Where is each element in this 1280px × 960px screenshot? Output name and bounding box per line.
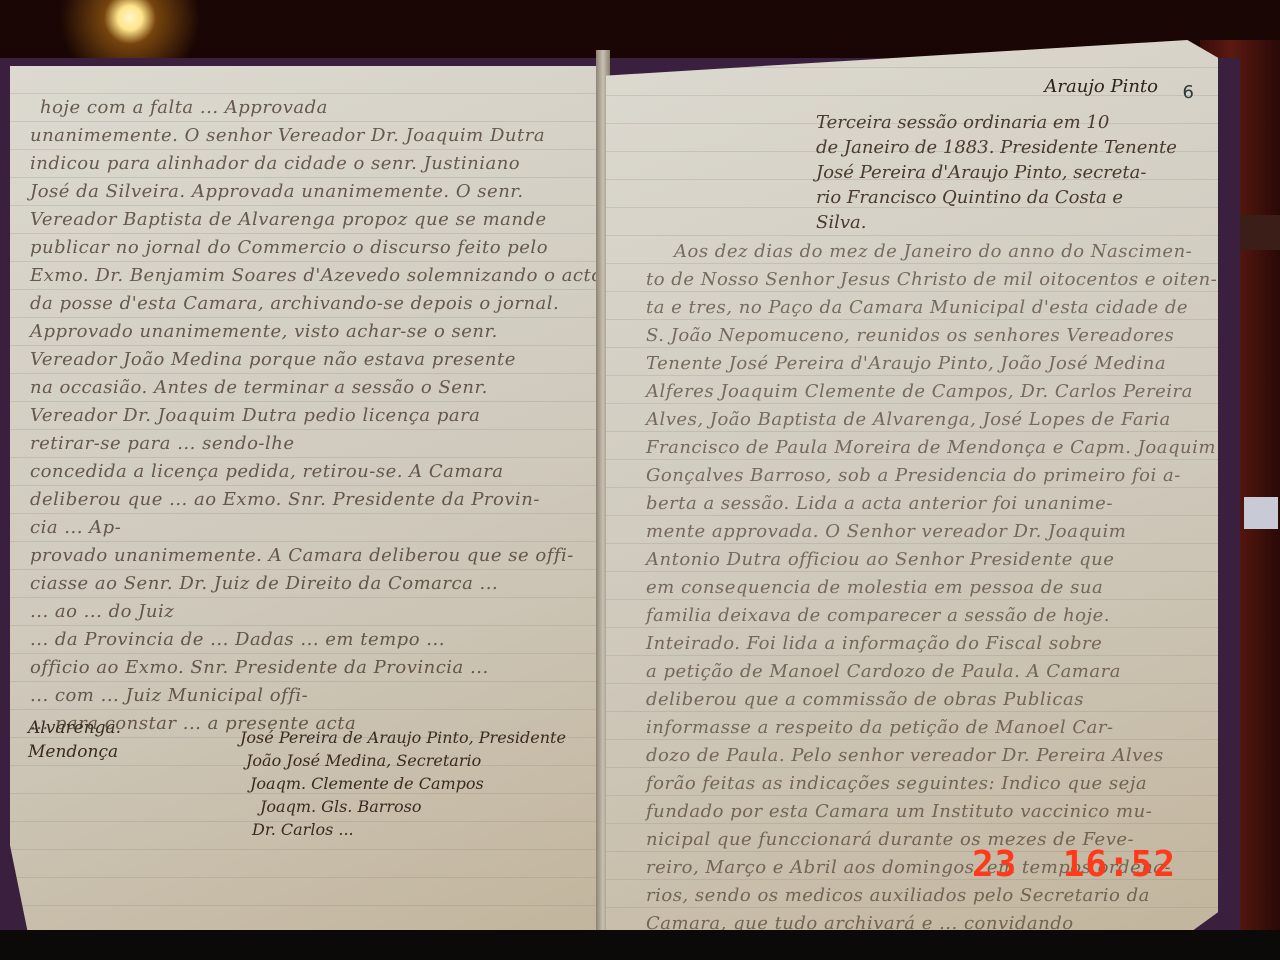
handwritten-line: dozo de Paula. Pelo senhor vereador Dr. … — [646, 742, 1217, 770]
handwritten-line: cia ... Ap- — [30, 514, 600, 542]
signature: Joaqm. Clemente de Campos — [240, 772, 566, 795]
page-number: 6 — [1183, 82, 1194, 103]
handwritten-line: informasse a respeito da petição de Mano… — [646, 714, 1217, 742]
handwritten-line: Francisco de Paula Moreira de Mendonça e… — [646, 434, 1217, 462]
handwritten-line: Inteirado. Foi lida a informação do Fisc… — [646, 630, 1217, 658]
handwritten-line: Vereador Baptista de Alvarenga propoz qu… — [30, 206, 600, 234]
left-signatures: Alvarenga. Mendonça — [28, 716, 121, 764]
handwritten-line: Camara, que tudo archivará e ... convida… — [646, 910, 1217, 930]
signature: Dr. Carlos ... — [240, 818, 566, 841]
table-edge — [0, 930, 1280, 960]
book-strap — [1240, 215, 1280, 250]
left-page: hoje com a falta ... Approvada unanimeme… — [10, 66, 600, 932]
handwritten-line: berta a sessão. Lida a acta anterior foi… — [646, 490, 1217, 518]
right-page-text: Aos dez dias do mez de Janeiro do anno d… — [646, 238, 1217, 930]
handwritten-line: ... com ... Juiz Municipal offi- — [30, 682, 600, 710]
handwritten-line: ... da Provincia de ... Dadas ... em tem… — [30, 626, 600, 654]
page-header-name: Araujo Pinto — [1044, 76, 1158, 97]
handwritten-line: ta e tres, no Paço da Camara Municipal d… — [646, 294, 1217, 322]
handwritten-line: provado unanimemente. A Camara deliberou… — [30, 542, 600, 570]
handwritten-line: hoje com a falta ... Approvada — [30, 94, 600, 122]
handwritten-line: José da Silveira. Approvada unanimemente… — [30, 178, 600, 206]
signature: Mendonça — [28, 740, 121, 764]
session-heading: Terceira sessão ordinaria em 10 de Janei… — [816, 110, 1177, 235]
right-signatures: José Pereira de Araujo Pinto, Presidente… — [240, 726, 566, 841]
signature: João José Medina, Secretario — [240, 749, 566, 772]
handwritten-line: forão feitas as indicações seguintes: In… — [646, 770, 1217, 798]
handwritten-line: Vereador João Medina porque não estava p… — [30, 346, 600, 374]
handwritten-line: deliberou que a commissão de obras Publi… — [646, 686, 1217, 714]
right-page: Araujo Pinto 6 Terceira sessão ordinaria… — [606, 40, 1218, 930]
handwritten-line: publicar no jornal do Commercio o discur… — [30, 234, 600, 262]
handwritten-line: familia deixava de comparecer a sessão d… — [646, 602, 1217, 630]
paper-tab-marker — [1244, 497, 1278, 529]
handwritten-line: Gonçalves Barroso, sob a Presidencia do … — [646, 462, 1217, 490]
handwritten-line: retirar-se para ... sendo-lhe — [30, 430, 600, 458]
handwritten-line: Aos dez dias do mez de Janeiro do anno d… — [646, 238, 1217, 266]
signature: José Pereira de Araujo Pinto, Presidente — [240, 726, 566, 749]
handwritten-line: fundado por esta Camara um Instituto vac… — [646, 798, 1217, 826]
handwritten-line: Alves, João Baptista de Alvarenga, José … — [646, 406, 1217, 434]
signature: Alvarenga. — [28, 716, 121, 740]
handwritten-line: deliberou que ... ao Exmo. Snr. Presiden… — [30, 486, 600, 514]
handwritten-line: na occasião. Antes de terminar a sessão … — [30, 374, 600, 402]
handwritten-line: Antonio Dutra officiou ao Senhor Preside… — [646, 546, 1217, 574]
handwritten-line: Alferes Joaquim Clemente de Campos, Dr. … — [646, 378, 1217, 406]
handwritten-line: ciasse ao Senr. Dr. Juiz de Direito da C… — [30, 570, 600, 598]
handwritten-line: em consequencia de molestia em pessoa de… — [646, 574, 1217, 602]
handwritten-line: rios, sendo os medicos auxiliados pelo S… — [646, 882, 1217, 910]
camera-timestamp: 23 16:52 — [972, 844, 1176, 885]
handwritten-line: indicou para alinhador da cidade o senr.… — [30, 150, 600, 178]
handwritten-line: da posse d'esta Camara, archivando-se de… — [30, 290, 600, 318]
handwritten-line: concedida a licença pedida, retirou-se. … — [30, 458, 600, 486]
signature: Joaqm. Gls. Barroso — [240, 795, 566, 818]
handwritten-line: S. João Nepomuceno, reunidos os senhores… — [646, 322, 1217, 350]
handwritten-line: ... ao ... do Juiz — [30, 598, 600, 626]
handwritten-line: Vereador Dr. Joaquim Dutra pedio licença… — [30, 402, 600, 430]
handwritten-line: mente approvada. O Senhor vereador Dr. J… — [646, 518, 1217, 546]
handwritten-line: Approvado unanimemente, visto achar-se o… — [30, 318, 600, 346]
handwritten-line: Exmo. Dr. Benjamim Soares d'Azevedo sole… — [30, 262, 600, 290]
handwritten-line: Tenente José Pereira d'Araujo Pinto, Joã… — [646, 350, 1217, 378]
handwritten-line: to de Nosso Senhor Jesus Christo de mil … — [646, 266, 1217, 294]
handwritten-line: officio ao Exmo. Snr. Presidente da Prov… — [30, 654, 600, 682]
left-page-text: hoje com a falta ... Approvada unanimeme… — [30, 94, 600, 738]
handwritten-line: a petição de Manoel Cardozo de Paula. A … — [646, 658, 1217, 686]
handwritten-line: unanimemente. O senhor Vereador Dr. Joaq… — [30, 122, 600, 150]
